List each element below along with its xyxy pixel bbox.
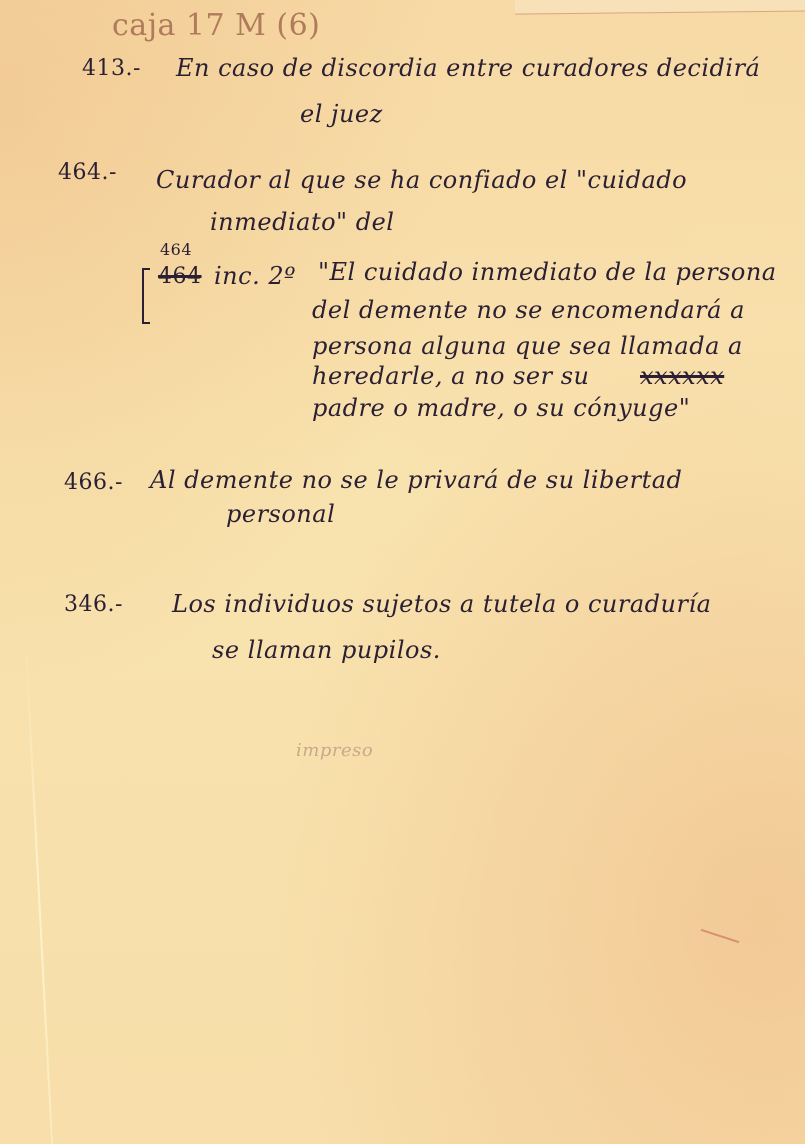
entry-464-number: 464.- <box>58 160 117 185</box>
entry-464-line-1: Curador al que se ha confiado el "cuidad… <box>156 166 687 194</box>
entry-466-number: 466.- <box>64 470 123 495</box>
entry-464b-prefix: inc. 2º <box>214 262 296 290</box>
entry-464b-number-above: 464 <box>160 240 192 259</box>
margin-bracket <box>142 268 150 324</box>
entry-464b-line-2: del demente no se encomendará a <box>312 296 745 324</box>
entry-413-number: 413.- <box>82 56 141 81</box>
header-note: caja 17 M (6) <box>112 8 320 43</box>
entry-466-line-1: Al demente no se le privará de su libert… <box>150 466 682 494</box>
entry-413-line-1: En caso de discordia entre curadores dec… <box>176 54 760 82</box>
entry-346-line-1: Los individuos sujetos a tutela o curadu… <box>172 590 711 618</box>
entry-466-line-2: personal <box>226 500 335 528</box>
entry-464b-line-5: padre o madre, o su cónyuge" <box>312 394 690 422</box>
entry-413-line-2: el juez <box>300 100 383 128</box>
entry-464-line-2: inmediato" del <box>210 208 394 236</box>
entry-464b-struck-number: 464 <box>158 264 202 289</box>
entry-346-number: 346.- <box>64 592 123 617</box>
entry-464b-line-1: "El cuidado inmediato de la persona <box>318 258 777 286</box>
entry-464b-line-3: persona alguna que sea llamada a <box>312 332 743 360</box>
entry-464b-line-4: heredarle, a no ser su <box>312 362 589 390</box>
entry-464b-struck-word: xxxxxx <box>640 362 724 390</box>
entry-346-line-2: se llaman pupilos. <box>212 636 441 664</box>
faint-pencil-mark: impreso <box>296 740 373 761</box>
